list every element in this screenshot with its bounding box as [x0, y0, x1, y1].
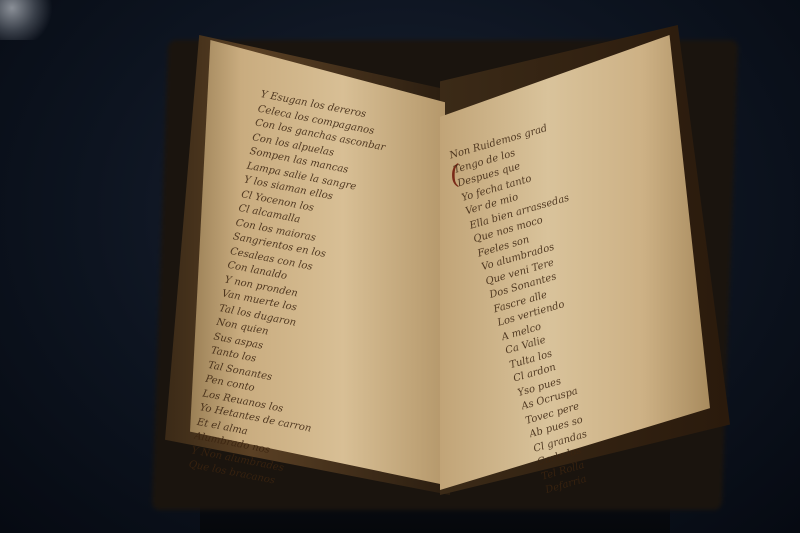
light-glare: [0, 0, 60, 40]
